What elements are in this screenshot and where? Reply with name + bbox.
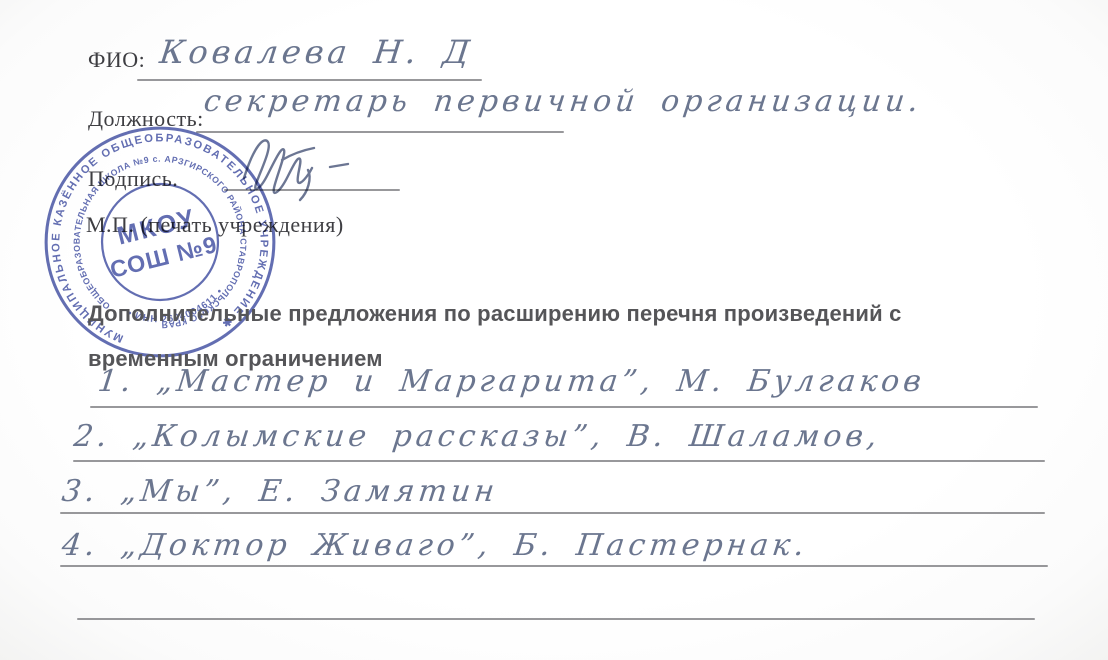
svg-text:ОБЩЕОБРАЗОВАТЕЛЬНАЯ ШКОЛА №9 с: ОБЩЕОБРАЗОВАТЕЛЬНАЯ ШКОЛА №9 с. АРЗГИРСК… — [38, 120, 282, 364]
list-item-2: 2. „Колымские рассказы”, В. Шаламов, — [72, 419, 883, 454]
empty-underline — [77, 618, 1035, 620]
list-item-4: 4. „Доктор Живаго”, Б. Пастернак. — [60, 528, 810, 563]
stamp-inner-ring-text: ОБЩЕОБРАЗОВАТЕЛЬНАЯ ШКОЛА №9 с. АРЗГИРСК… — [38, 120, 282, 364]
list-underline-4 — [60, 565, 1048, 567]
section-heading-line1: Дополнительные предложения по расширению… — [88, 301, 902, 327]
fio-handwritten-value: Ковалева Н. Д — [158, 33, 476, 71]
fio-underline — [137, 79, 482, 81]
list-item-3: 3. „Мы”, Е. Замятин — [60, 474, 500, 509]
stamp-svg: МУНИЦИПАЛЬНОЕ КАЗЁННОЕ ОБЩЕОБРАЗОВАТЕЛЬН… — [38, 120, 282, 364]
list-item-1: 1. „Мастер и Маргарита”, М. Булгаков — [96, 364, 927, 399]
position-handwritten-value: секретарь первичной организации. — [202, 84, 924, 119]
official-round-stamp: МУНИЦИПАЛЬНОЕ КАЗЁННОЕ ОБЩЕОБРАЗОВАТЕЛЬН… — [38, 120, 282, 364]
list-underline-3 — [60, 512, 1045, 514]
list-underline-1 — [90, 406, 1038, 408]
list-underline-2 — [73, 460, 1045, 462]
scanned-form-page: ФИО: Ковалева Н. Д Должность: секретарь … — [0, 0, 1108, 660]
fio-label: ФИО: — [88, 47, 145, 73]
